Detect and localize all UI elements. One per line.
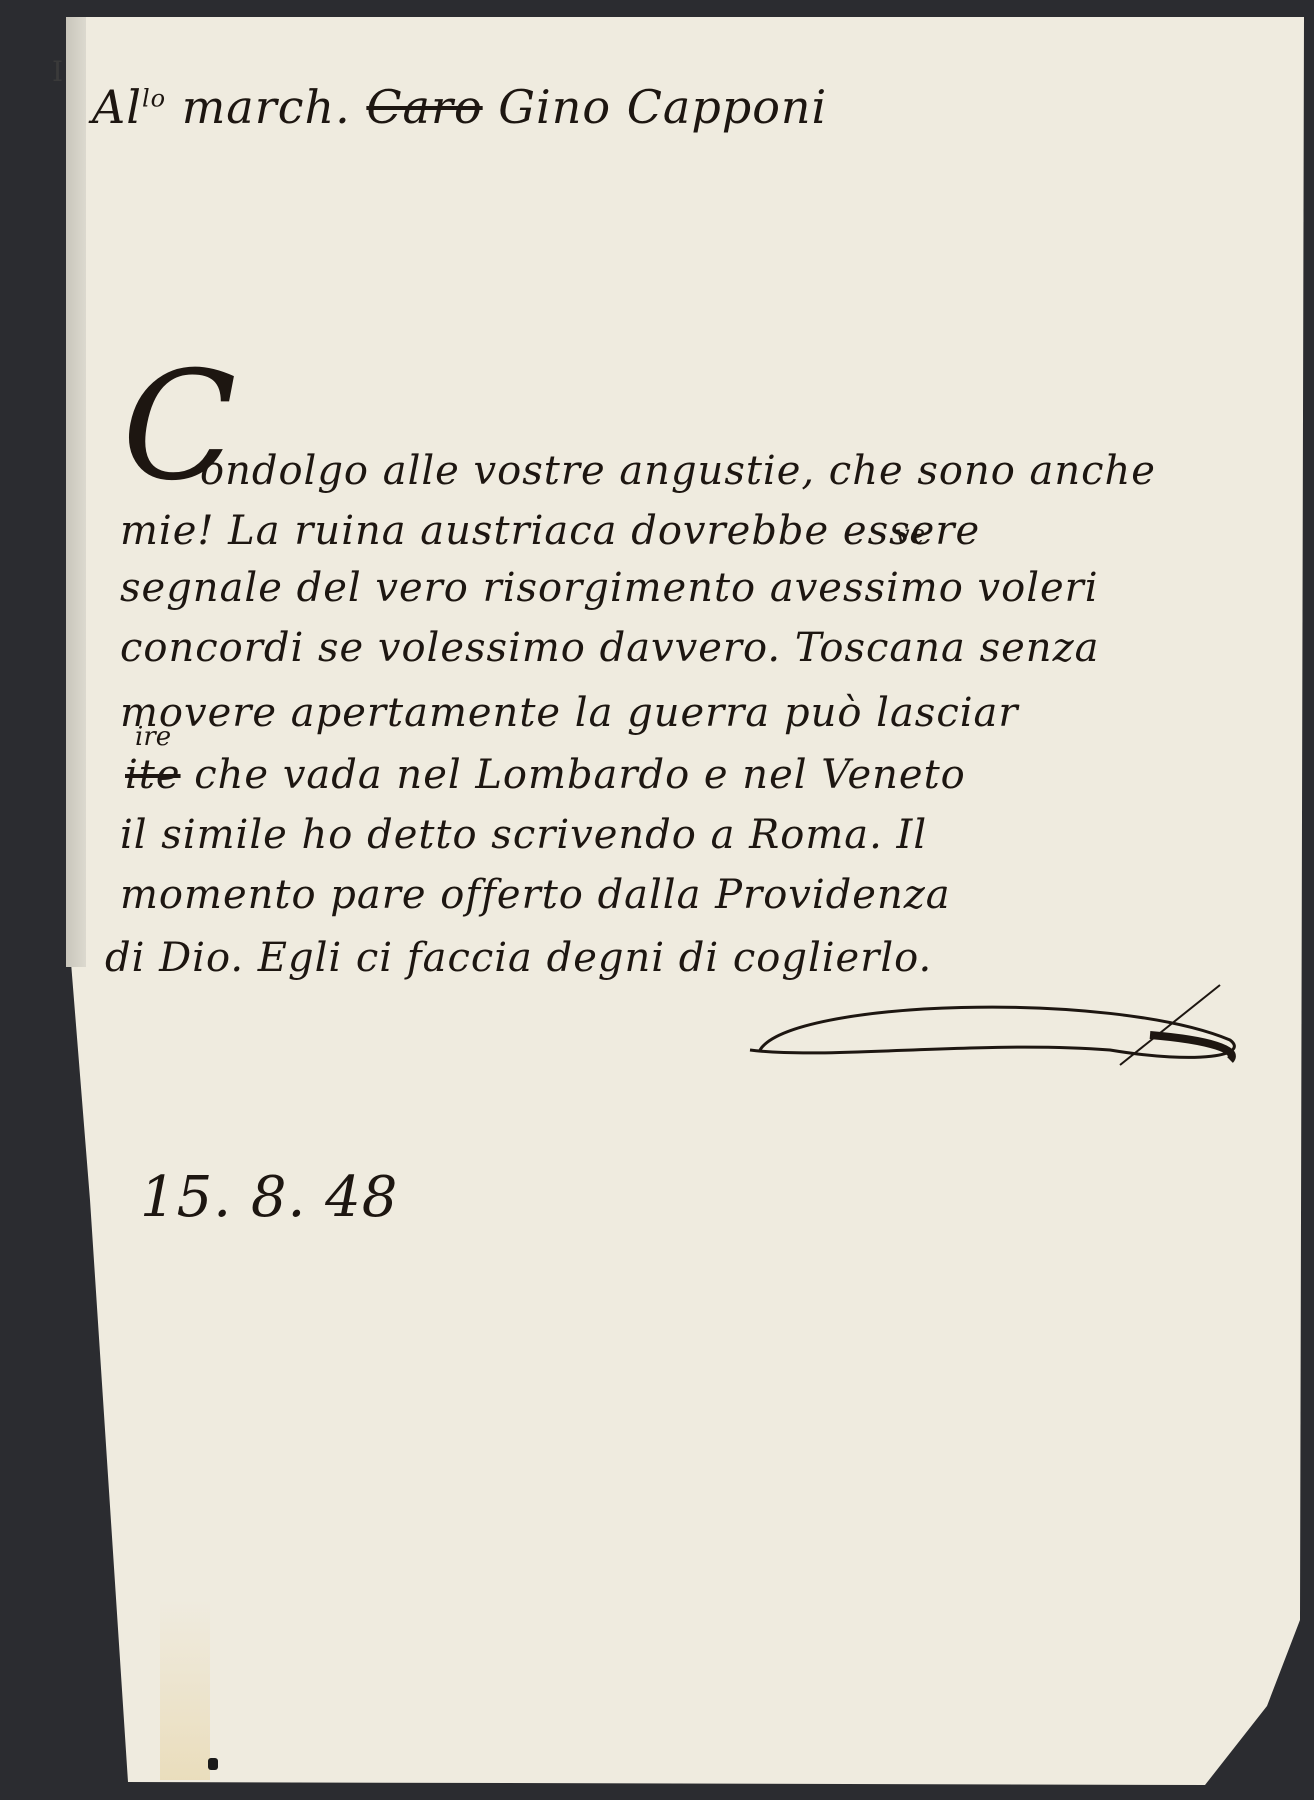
letter-line-5: movere apertamente la guerra può lasciar xyxy=(120,690,1018,736)
letter-line-4: concordi se volessimo davvero. Toscana s… xyxy=(120,625,1100,671)
ink-blot xyxy=(208,1758,218,1770)
line-6-text: che vada nel Lombardo e nel Veneto xyxy=(194,752,965,798)
letter-date: 15. 8. 48 xyxy=(140,1165,398,1230)
insert-ire: ire xyxy=(135,722,171,752)
letter-line-7: il simile ho detto scrivendo a Roma. Il xyxy=(120,812,927,858)
letter-line-9: di Dio. Egli ci faccia degni di coglierl… xyxy=(105,935,932,981)
letter-line-8: momento pare offerto dalla Providenza xyxy=(120,872,951,918)
margin-mark: I xyxy=(52,55,63,88)
binding-strip xyxy=(66,17,86,967)
address-prefix: Al xyxy=(92,80,142,134)
letter-line-2: mie! La ruina austriaca dovrebbe essere xyxy=(120,508,980,554)
address-name: Gino Capponi xyxy=(498,80,827,134)
insert-ve: ve xyxy=(895,520,925,550)
address-superscript: lo xyxy=(142,85,166,113)
letter-line-3: segnale del vero risorgimento avessimo v… xyxy=(120,565,1099,611)
address-line: Allo march. Caro Gino Capponi xyxy=(92,80,827,134)
paper-stain xyxy=(160,1600,210,1780)
letter-line-1: ondolgo alle vostre angustie, che sono a… xyxy=(200,448,1156,494)
letter-line-6: ite che vada nel Lombardo e nel Veneto xyxy=(125,752,966,798)
struck-fragment: ite xyxy=(125,752,181,798)
address-title: march. xyxy=(182,80,351,134)
address-struck-word: Caro xyxy=(366,80,482,134)
signature-flourish-icon xyxy=(730,980,1250,1100)
